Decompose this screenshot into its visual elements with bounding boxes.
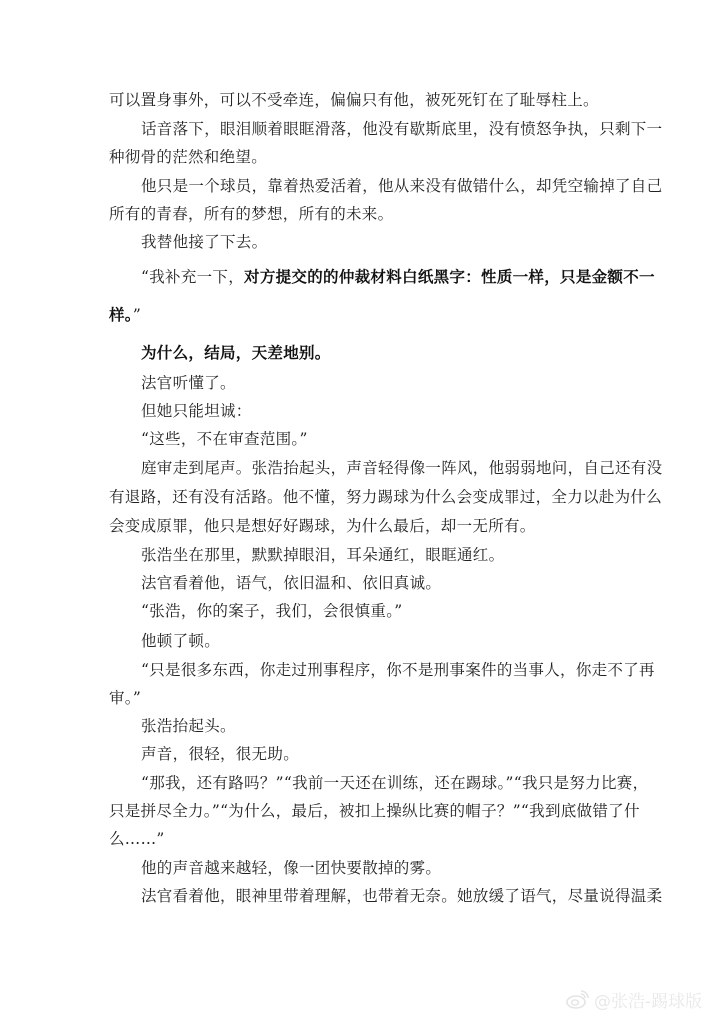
weibo-icon — [566, 989, 590, 1009]
text-line: 会变成原罪，他只是想好好踢球，为什么最后，却一无所有。 — [109, 514, 614, 538]
text-span: 声音，很轻，很无助。 — [141, 745, 299, 763]
text-line: 法官听懂了。 — [109, 371, 614, 395]
text-line: “这些，不在审查范围。” — [109, 427, 614, 451]
text-span: 庭审走到尾声。张浩抬起头，声音轻得像一阵风，他弱弱地问，自己还有没 — [141, 459, 662, 477]
text-span: 所有的青春，所有的梦想，所有的未来。 — [109, 205, 393, 223]
text-span: 法官听懂了。 — [141, 374, 236, 392]
text-line: 样。” — [109, 303, 614, 327]
text-span: 只是拼尽全力。”“为什么，最后，被扣上操纵比赛的帽子？”“我到底做错了什 — [109, 802, 640, 820]
text-line: 有退路，还有没有活路。他不懂，努力踢球为什么会变成罪过，全力以赴为什么 — [109, 485, 614, 509]
text-span: “张浩，你的案子，我们，会很慎重。” — [141, 602, 403, 620]
text-line: 他只是一个球员，靠着热爱活着，他从来没有做错什么，却凭空输掉了自己 — [109, 174, 614, 198]
text-span: 会变成原罪，他只是想好好踢球，为什么最后，却一无所有。 — [109, 517, 536, 535]
text-line: 种彻骨的茫然和绝望。 — [109, 145, 614, 169]
document-page: 可以置身事外，可以不受牵连，偏偏只有他，被死死钉在了耻辱柱上。话音落下，眼泪顺着… — [0, 0, 720, 1018]
text-span: 审。” — [109, 689, 141, 707]
text-line: “张浩，你的案子，我们，会很慎重。” — [109, 599, 614, 623]
text-line: 声音，很轻，很无助。 — [109, 742, 614, 766]
text-line: “我补充一下，对方提交的的仲裁材料白纸黑字：性质一样，只是金额不一 — [109, 265, 614, 289]
text-line: 但她只能坦诚： — [109, 399, 614, 423]
text-span: “只是很多东西，你走过刑事程序，你不是刑事案件的当事人，你走不了再 — [141, 661, 655, 679]
text-span: “那我，还有路吗？”“我前一天还在训练，还在踢球。”“我只是努力比赛， — [141, 774, 648, 792]
text-span: 可以置身事外，可以不受牵连，偏偏只有他，被死死钉在了耻辱柱上。 — [109, 91, 599, 109]
text-line: “只是很多东西，你走过刑事程序，你不是刑事案件的当事人，你走不了再 — [109, 658, 614, 682]
text-line: 为什么，结局，天差地别。 — [109, 341, 614, 365]
text-line: 只是拼尽全力。”“为什么，最后，被扣上操纵比赛的帽子？”“我到底做错了什 — [109, 799, 614, 823]
text-span: 我替他接了下去。 — [141, 233, 267, 251]
text-span: 他的声音越来越轻，像一团快要散掉的雾。 — [141, 859, 441, 877]
text-span: 法官看着他，眼神里带着理解，也带着无奈。她放缓了语气，尽量说得温柔 — [141, 887, 662, 905]
text-line: 可以置身事外，可以不受牵连，偏偏只有他，被死死钉在了耻辱柱上。 — [109, 88, 614, 112]
text-span: 话音落下，眼泪顺着眼眶滑落，他没有歇斯底里，没有愤怒争执，只剩下一 — [141, 120, 662, 138]
watermark-text: @张浩-踢球版 — [594, 987, 702, 1012]
text-line: 张浩坐在那里，默默掉眼泪，耳朵通红，眼眶通红。 — [109, 543, 614, 567]
watermark: @张浩-踢球版 — [566, 987, 702, 1011]
text-span: 他顿了顿。 — [141, 632, 220, 650]
text-span: “这些，不在审查范围。” — [141, 430, 308, 448]
text-span: 但她只能坦诚： — [141, 402, 252, 420]
bold-text-span: 对方提交的的仲裁材料白纸黑字：性质一样，只是金额不一 — [244, 268, 655, 286]
text-line: 法官看着他，语气，依旧温和、依旧真诚。 — [109, 571, 614, 595]
text-line: 么……” — [109, 827, 614, 851]
text-span: 种彻骨的茫然和绝望。 — [109, 148, 267, 166]
bold-text-span: 为什么，结局，天差地别。 — [141, 344, 331, 362]
text-span: 张浩抬起头。 — [141, 717, 236, 735]
text-line: 张浩抬起头。 — [109, 714, 614, 738]
text-span: 有退路，还有没有活路。他不懂，努力踢球为什么会变成罪过，全力以赴为什么 — [109, 488, 662, 506]
text-span: 法官看着他，语气，依旧温和、依旧真诚。 — [141, 574, 441, 592]
text-line: 他顿了顿。 — [109, 629, 614, 653]
text-line: 法官看着他，眼神里带着理解，也带着无奈。她放缓了语气，尽量说得温柔 — [109, 884, 614, 908]
text-line: 庭审走到尾声。张浩抬起头，声音轻得像一阵风，他弱弱地问，自己还有没 — [109, 456, 614, 480]
text-line: 话音落下，眼泪顺着眼眶滑落，他没有歇斯底里，没有愤怒争执，只剩下一 — [109, 117, 614, 141]
text-span: “我补充一下， — [141, 268, 244, 286]
text-line: 审。” — [109, 686, 614, 710]
text-line: 所有的青春，所有的梦想，所有的未来。 — [109, 202, 614, 226]
text-span: 么……” — [109, 830, 165, 848]
text-span: 他只是一个球员，靠着热爱活着，他从来没有做错什么，却凭空输掉了自己 — [141, 177, 662, 195]
text-span: ” — [133, 306, 141, 324]
text-span: 张浩坐在那里，默默掉眼泪，耳朵通红，眼眶通红。 — [141, 546, 504, 564]
text-line: 我替他接了下去。 — [109, 230, 614, 254]
bold-text-span: 样。 — [109, 306, 133, 324]
text-line: 他的声音越来越轻，像一团快要散掉的雾。 — [109, 856, 614, 880]
text-line: “那我，还有路吗？”“我前一天还在训练，还在踢球。”“我只是努力比赛， — [109, 771, 614, 795]
